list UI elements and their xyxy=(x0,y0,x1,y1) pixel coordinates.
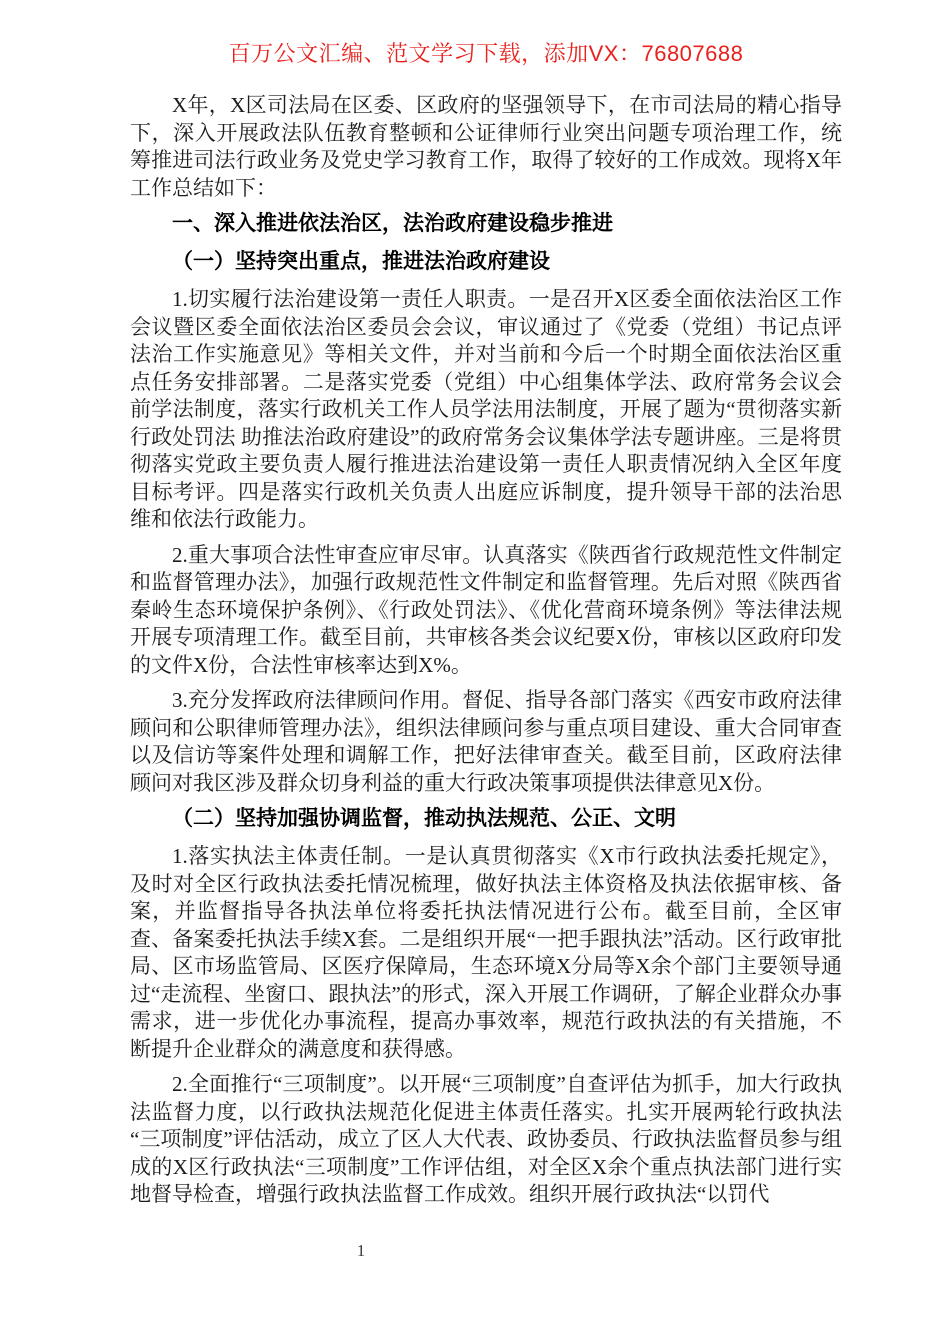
paragraph-intro: X年，X区司法局在区委、区政府的坚强领导下，在市司法局的精心指导下，深入开展政法… xyxy=(130,92,842,202)
paragraph-item-1: 1.切实履行法治建设第一责任人职责。一是召开X区委全面依法治区工作会议暨区委全面… xyxy=(130,286,842,534)
paragraph-item-3: 3.充分发挥政府法律顾问作用。督促、指导各部门落实《西安市政府法律顾问和公职律师… xyxy=(130,687,842,797)
heading-subsection-1-1: （一）坚持突出重点，推进法治政府建设 xyxy=(130,248,842,276)
page-number: 1 xyxy=(346,1240,376,1262)
paragraph-item-4: 1.落实执法主体责任制。一是认真贯彻落实《X市行政执法委托规定》，及时对全区行政… xyxy=(130,843,842,1063)
paragraph-item-5-truncated: 2.全面推行“三项制度”。以开展“三项制度”自查评估为抓手，加大行政执法监督力度… xyxy=(130,1071,842,1209)
promo-header-text: 百万公文汇编、范文学习下载，添加VX：76807688 xyxy=(130,40,842,68)
document-content: 百万公文汇编、范文学习下载，添加VX：76807688 X年，X区司法局在区委、… xyxy=(130,40,842,1217)
heading-subsection-1-2: （二）坚持加强协调监督，推动执法规范、公正、文明 xyxy=(130,805,842,833)
document-page: 百万公文汇编、范文学习下载，添加VX：76807688 X年，X区司法局在区委、… xyxy=(0,0,950,1344)
heading-section-1: 一、深入推进依法治区，法治政府建设稳步推进 xyxy=(130,210,842,238)
paragraph-item-2: 2.重大事项合法性审查应审尽审。认真落实《陕西省行政规范性文件制定和监督管理办法… xyxy=(130,542,842,680)
